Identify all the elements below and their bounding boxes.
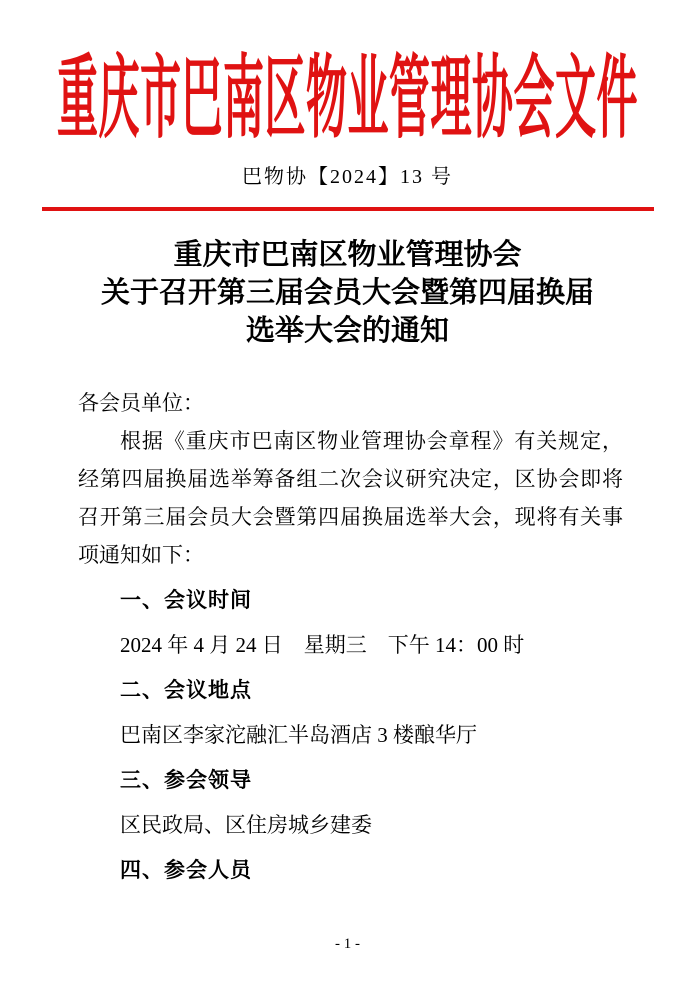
section-3-heading: 三、参会领导 (78, 758, 623, 803)
section-2-content: 巴南区李家沱融汇半岛酒店 3 楼酿华厅 (78, 713, 623, 758)
document-body: 各会员单位： 根据《重庆市巴南区物业管理协会章程》有关规定，经第四届换届选举筹备… (78, 384, 623, 893)
official-document-page: 重庆市巴南区物业管理协会文件 巴物协【2024】13 号 重庆市巴南区物业管理协… (0, 0, 695, 1000)
letterhead: 重庆市巴南区物业管理协会文件 (0, 46, 695, 152)
section-3-content: 区民政局、区住房城乡建委 (78, 803, 623, 848)
intro-paragraph: 根据《重庆市巴南区物业管理协会章程》有关规定，经第四届换届选举筹备组二次会议研究… (78, 422, 623, 574)
red-divider-line (42, 207, 654, 211)
letterhead-org-title: 重庆市巴南区物业管理协会文件 (57, 54, 638, 144)
sections: 一、会议时间 2024 年 4 月 24 日 星期三 下午 14：00 时 二、… (78, 578, 623, 893)
page-number: - 1 - (0, 936, 695, 953)
section-2-heading: 二、会议地点 (78, 668, 623, 713)
document-title-line-3: 选举大会的通知 (0, 312, 695, 350)
document-title: 重庆市巴南区物业管理协会 关于召开第三届会员大会暨第四届换届 选举大会的通知 (0, 236, 695, 350)
document-title-line-2: 关于召开第三届会员大会暨第四届换届 (0, 274, 695, 312)
section-4-heading: 四、参会人员 (78, 848, 623, 893)
section-1-content: 2024 年 4 月 24 日 星期三 下午 14：00 时 (78, 623, 623, 668)
document-title-line-1: 重庆市巴南区物业管理协会 (0, 236, 695, 274)
section-1-heading: 一、会议时间 (78, 578, 623, 623)
document-number: 巴物协【2024】13 号 (0, 160, 695, 189)
salutation: 各会员单位： (78, 384, 623, 422)
